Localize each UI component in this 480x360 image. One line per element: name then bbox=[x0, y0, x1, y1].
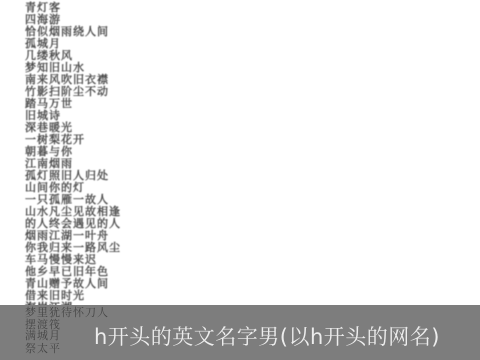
caption-overlay-bar: 梦里犹待怀刀人 摆渡筏 满城月 祭太平 h开头的英文名字男(以h开头的网名) bbox=[0, 305, 480, 360]
text-line: 祭太平 bbox=[25, 343, 61, 355]
thumbnail-image: 青灯客 四海游 恰似烟雨绕人间 孤城月 几缕秋风 梦知旧山水 南来风吹旧衣襟 竹… bbox=[0, 0, 480, 360]
image-caption: h开头的英文名字男(以h开头的网名) bbox=[94, 326, 440, 348]
text-line: 满城月 bbox=[25, 330, 61, 342]
text-list: 青灯客 四海游 恰似烟雨绕人间 孤城月 几缕秋风 梦知旧山水 南来风吹旧衣襟 竹… bbox=[25, 2, 121, 314]
